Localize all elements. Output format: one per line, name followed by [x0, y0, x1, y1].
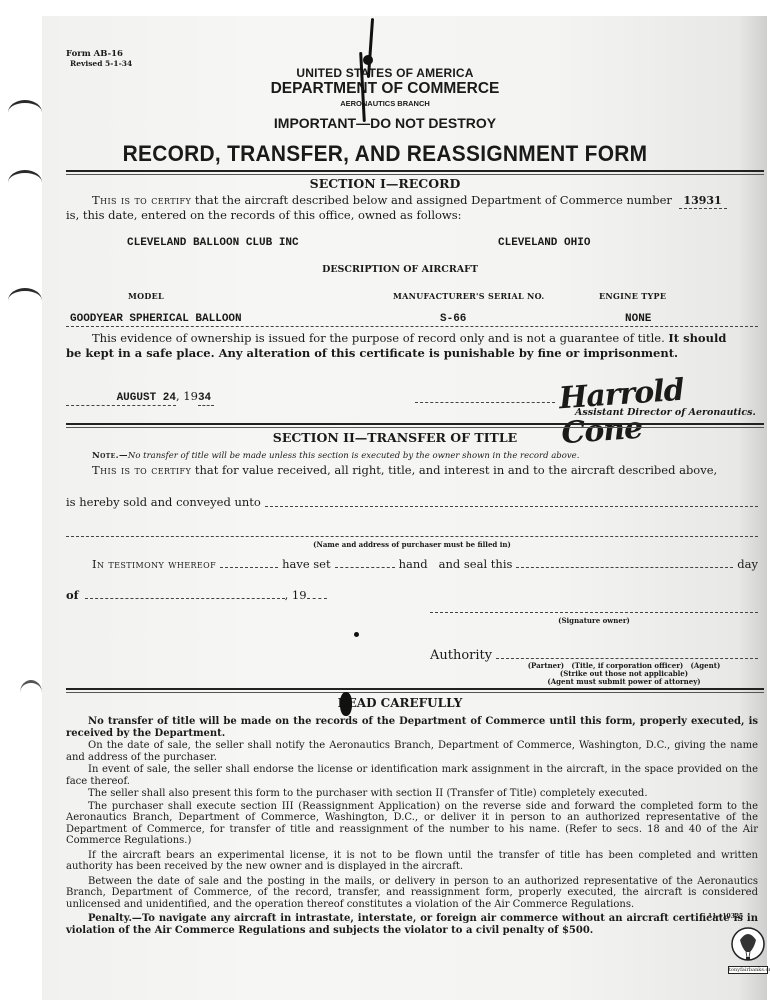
- certify-text-2: that for value received, all right, titl…: [191, 463, 717, 477]
- instruction-paragraph: The seller shall also present this form …: [66, 788, 758, 800]
- ink-dot: [354, 632, 359, 637]
- authority-notes: (Partner) (Title, if corporation officer…: [490, 662, 758, 686]
- testimony-lead: In testimony whereof: [92, 557, 216, 571]
- header-country: UNITED STATES OF AMERICA: [0, 66, 770, 80]
- serial-value: S-66: [440, 313, 466, 325]
- section2-certify: This is to certify that for value receiv…: [92, 463, 770, 477]
- watermark-logo: tonyfairbanks.org: [728, 926, 768, 976]
- section1-certify: This is to certify that the aircraft des…: [92, 193, 770, 209]
- issue-date-month-day: AUGUST 24: [117, 392, 176, 404]
- instruction-paragraph: If the aircraft bears an experimental li…: [66, 850, 758, 873]
- col-serial-label: MANUFACTURER'S SERIAL NO.: [393, 291, 544, 301]
- agent-note: (Agent must submit power of attorney): [490, 678, 758, 686]
- instruction-paragraph: In event of sale, the seller shall endor…: [66, 764, 758, 787]
- instructions-heading: READ CAREFULLY: [0, 696, 770, 710]
- header-department: DEPARTMENT OF COMMERCE: [0, 80, 770, 98]
- model-value: GOODYEAR SPHERICAL BALLOON: [70, 313, 242, 325]
- evidence-line1: This evidence of ownership is issued for…: [92, 331, 770, 345]
- watermark-site: tonyfairbanks.org: [728, 966, 768, 974]
- punch-hole: [8, 288, 42, 313]
- signature-owner-label: (Signature owner): [430, 616, 758, 625]
- ink-blot: [340, 692, 352, 716]
- instruction-paragraph: Between the date of sale and the posting…: [66, 876, 758, 911]
- section2-rule: [66, 688, 764, 693]
- certify-lead: This is to certify: [92, 193, 191, 207]
- issue-date: AUGUST 24, 1934: [66, 389, 214, 406]
- evidence-text: This evidence of ownership is issued for…: [92, 331, 665, 345]
- conveyed-label: is hereby sold and conveyed unto: [66, 495, 261, 509]
- penalty-text: To navigate any aircraft in intrastate, …: [66, 913, 758, 936]
- instruction-paragraph: On the date of sale, the seller shall no…: [66, 740, 758, 763]
- header-warning: IMPORTANT—DO NOT DESTROY: [0, 115, 770, 131]
- year-prefix-2: , 19: [285, 588, 307, 602]
- testimony-line: In testimony whereof have set hand and s…: [92, 557, 758, 571]
- certify-text: that the aircraft described below and as…: [191, 193, 672, 207]
- issue-date-year: 34: [198, 391, 214, 406]
- section1-certify-line2: is, this date, entered on the records of…: [66, 208, 462, 222]
- instruction-paragraph: No transfer of title will be made on the…: [66, 716, 758, 739]
- ink-blot: [363, 55, 373, 65]
- section2-heading: SECTION II—TRANSFER OF TITLE: [0, 430, 770, 445]
- hot-air-balloon-icon: [728, 926, 768, 966]
- note-text: No transfer of title will be made unless…: [128, 451, 579, 461]
- signature-line: [415, 402, 555, 403]
- owner-location: CLEVELAND OHIO: [498, 237, 590, 249]
- of-text: of: [66, 588, 79, 602]
- testimony-day-field[interactable]: [516, 567, 733, 568]
- testimony-month-field[interactable]: [85, 598, 285, 599]
- testimony-year-field[interactable]: [307, 598, 327, 599]
- section2-note: Note.—No transfer of title will be made …: [92, 451, 579, 461]
- purchaser-label: (Name and address of purchaser must be f…: [66, 540, 758, 549]
- header-branch: AERONAUTICS BRANCH: [0, 99, 770, 108]
- purchaser-name-field[interactable]: [265, 495, 758, 507]
- authority-label: Authority: [430, 648, 492, 663]
- description-underline: [66, 326, 758, 327]
- instruction-paragraph: The purchaser shall execute section III …: [66, 801, 758, 847]
- title-rule: [66, 170, 764, 175]
- engine-value: NONE: [625, 313, 651, 325]
- testimony-date-line: of , 19: [66, 588, 327, 602]
- section1-heading: SECTION I—RECORD: [0, 176, 770, 191]
- testimony-pronoun-field[interactable]: [335, 567, 395, 568]
- year-prefix: , 19: [176, 389, 198, 403]
- note-lead: Note.—: [92, 451, 128, 461]
- owner-signature-field[interactable]: [430, 612, 758, 613]
- print-code: 11—10325: [708, 913, 743, 920]
- certify-lead-2: This is to certify: [92, 463, 191, 477]
- conveyed-line: is hereby sold and conveyed unto: [66, 495, 758, 509]
- instructions-body: No transfer of title will be made on the…: [66, 716, 758, 936]
- section1-rule: [66, 423, 764, 428]
- col-engine-label: ENGINE TYPE: [599, 291, 666, 301]
- page-title: RECORD, TRANSFER, AND REASSIGNMENT FORM: [19, 141, 751, 167]
- form-number: Form AB-16: [66, 50, 132, 59]
- purchaser-address-field[interactable]: [66, 536, 758, 537]
- testimony-who-field[interactable]: [220, 567, 278, 568]
- description-heading: DESCRIPTION OF AIRCRAFT: [0, 264, 770, 275]
- evidence-line2: be kept in a safe place. Any alteration …: [66, 346, 756, 360]
- owner-name: CLEVELAND BALLOON CLUB INC: [127, 237, 299, 249]
- penalty-lead: Penalty.—: [88, 913, 142, 924]
- hand-seal-text: hand and seal this: [399, 557, 513, 571]
- signatory-title: Assistant Director of Aeronautics.: [575, 407, 756, 418]
- col-model-label: MODEL: [128, 291, 164, 301]
- authority-field[interactable]: [496, 658, 758, 659]
- evidence-bold: It should: [668, 331, 726, 345]
- dept-number-field: 13931: [679, 194, 727, 209]
- penalty-paragraph: Penalty.—To navigate any aircraft in int…: [66, 913, 758, 936]
- day-text: day: [737, 557, 758, 571]
- have-set-text: have set: [282, 557, 331, 571]
